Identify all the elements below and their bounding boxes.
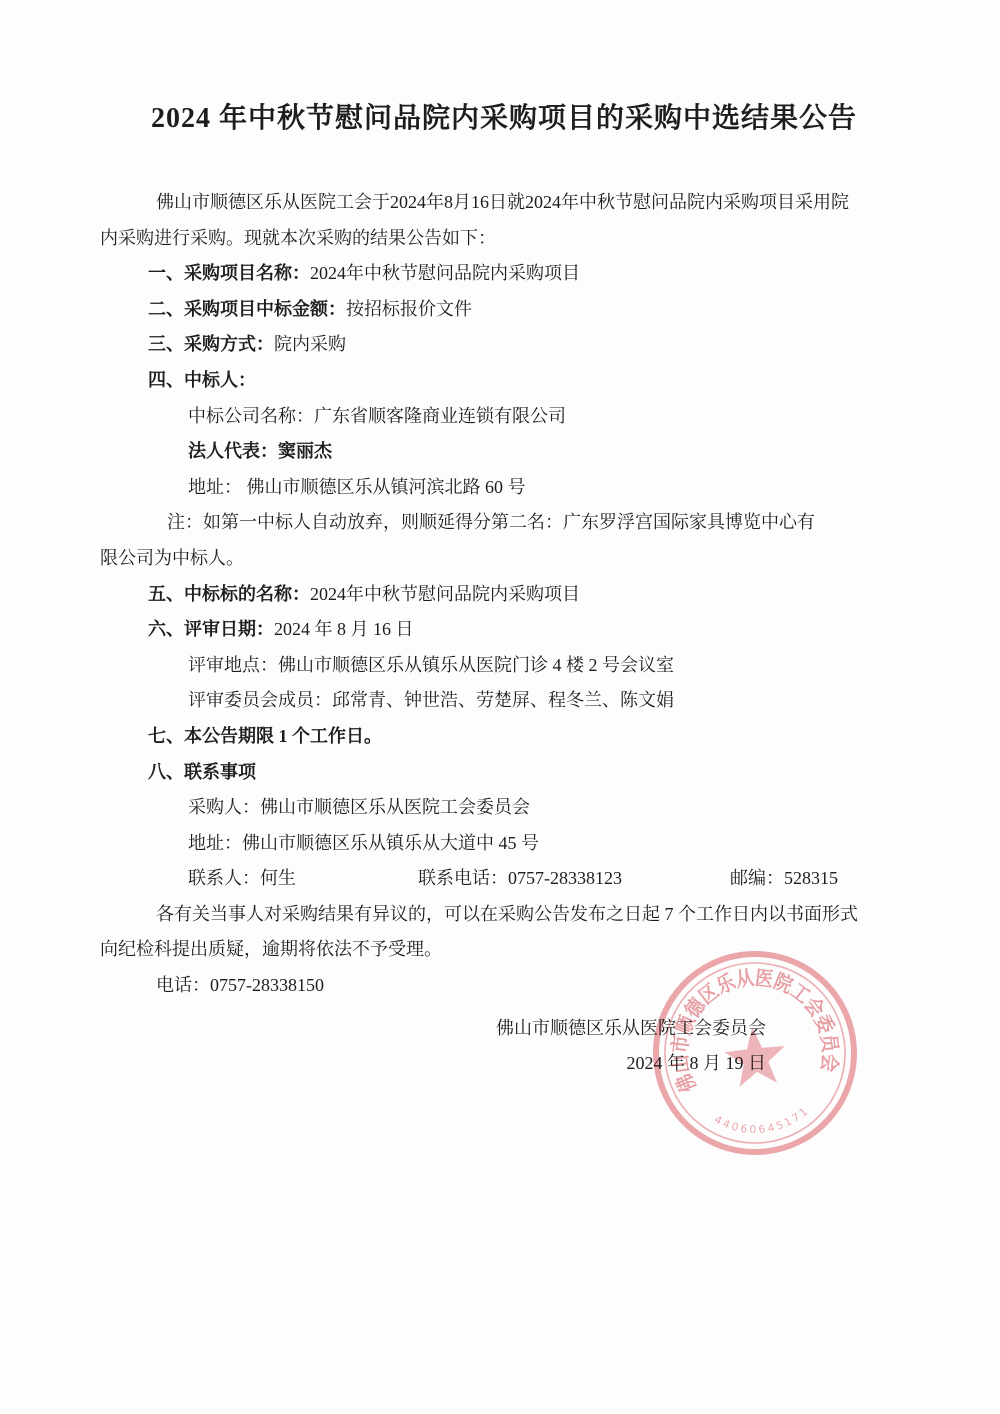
winner-address-line: 地址： 佛山市顺德区乐从镇河滨北路 60 号	[100, 470, 908, 506]
item-review-date-label: 六、评审日期：	[148, 619, 274, 639]
winner-company-value: 广东省顺客隆商业连锁有限公司	[314, 406, 566, 426]
item-award-amount-label: 二、采购项目中标金额：	[148, 299, 346, 319]
winner-legal-value: 窦丽杰	[278, 441, 332, 461]
contact-row: 联系人：何生联系电话：0757-28338123邮编：528315	[100, 861, 908, 897]
item-procurement-method: 三、采购方式：院内采购	[100, 327, 908, 363]
postcode-value: 528315	[784, 868, 838, 888]
winner-note: 注：如第一中标人自动放弃，则顺延得分第二名：广东罗浮宫国际家具博览中心有限公司为…	[100, 505, 822, 576]
review-committee-value: 邱常青、钟世浩、劳楚屏、程冬兰、陈文娟	[332, 690, 674, 710]
review-venue-label: 评审地点：	[188, 655, 278, 675]
item-notice-period: 七、本公告期限 1 个工作日。	[100, 719, 908, 755]
item-procurement-method-value: 院内采购	[274, 334, 346, 354]
item-project-name-value: 2024年中秋节慰问品院内采购项目	[310, 263, 580, 283]
winner-legal-line: 法人代表：窦丽杰	[100, 434, 908, 470]
contact-phone-cell: 联系电话：0757-28338123	[418, 861, 730, 897]
contact-person-label: 联系人：	[188, 868, 260, 888]
postcode-cell: 邮编：528315	[730, 868, 838, 888]
item-winner-heading: 四、中标人：	[100, 363, 908, 399]
item-contact-heading-label: 八、联系事项	[148, 762, 256, 782]
contact-person-cell: 联系人：何生	[188, 861, 418, 897]
item-subject-name-value: 2024年中秋节慰问品院内采购项目	[310, 584, 580, 604]
buyer-label: 采购人：	[188, 797, 260, 817]
tel-line: 电话：0757-28338150	[100, 968, 908, 1004]
item-subject-name: 五、中标标的名称：2024年中秋节慰问品院内采购项目	[100, 577, 908, 613]
item-review-date: 六、评审日期：2024 年 8 月 16 日	[100, 612, 908, 648]
contact-phone-value: 0757-28338123	[508, 868, 622, 888]
winner-address-label: 地址：	[188, 477, 242, 497]
buyer-address-label: 地址：	[188, 833, 242, 853]
seal-serial-number: 44060645171	[711, 1104, 814, 1141]
signature-date: 2024 年 8 月 19 日	[100, 1046, 908, 1082]
item-project-name-label: 一、采购项目名称：	[148, 263, 310, 283]
buyer-value: 佛山市顺德区乐从医院工会委员会	[260, 797, 530, 817]
tel-label: 电话：	[156, 975, 210, 995]
item-procurement-method-label: 三、采购方式：	[148, 334, 274, 354]
review-venue-value: 佛山市顺德区乐从镇乐从医院门诊 4 楼 2 号会议室	[278, 655, 674, 675]
objection-paragraph: 各有关当事人对采购结果有异议的，可以在采购公告发布之日起 7 个工作日内以书面形…	[100, 897, 868, 968]
review-venue-line: 评审地点：佛山市顺德区乐从镇乐从医院门诊 4 楼 2 号会议室	[100, 648, 908, 684]
postcode-label: 邮编：	[730, 868, 784, 888]
item-award-amount: 二、采购项目中标金额：按招标报价文件	[100, 292, 908, 328]
winner-company-line: 中标公司名称：广东省顺客隆商业连锁有限公司	[100, 399, 908, 435]
item-contact-heading: 八、联系事项	[100, 755, 908, 791]
item-review-date-value: 2024 年 8 月 16 日	[274, 619, 414, 639]
announcement-page: 2024 年中秋节慰问品院内采购项目的采购中选结果公告 佛山市顺德区乐从医院工会…	[0, 0, 1000, 1414]
item-project-name: 一、采购项目名称：2024年中秋节慰问品院内采购项目	[100, 256, 908, 292]
contact-phone-label: 联系电话：	[418, 868, 508, 888]
intro-paragraph: 佛山市顺德区乐从医院工会于2024年8月16日就2024年中秋节慰问品院内采购项…	[100, 185, 862, 256]
winner-legal-label: 法人代表：	[188, 441, 278, 461]
page-title: 2024 年中秋节慰问品院内采购项目的采购中选结果公告	[100, 98, 908, 140]
item-subject-name-label: 五、中标标的名称：	[148, 584, 310, 604]
item-award-amount-value: 按招标报价文件	[346, 299, 472, 319]
tel-value: 0757-28338150	[210, 975, 324, 995]
item-winner-heading-label: 四、中标人：	[148, 370, 256, 390]
item-notice-period-label: 七、本公告期限 1 个工作日。	[148, 726, 382, 746]
review-committee-line: 评审委员会成员：邱常青、钟世浩、劳楚屏、程冬兰、陈文娟	[100, 683, 908, 719]
winner-company-label: 中标公司名称：	[188, 406, 314, 426]
contact-person-value: 何生	[260, 868, 296, 888]
signature-org: 佛山市顺德区乐从医院工会委员会	[100, 1011, 908, 1047]
winner-address-value: 佛山市顺德区乐从镇河滨北路 60 号	[247, 477, 526, 497]
buyer-line: 采购人：佛山市顺德区乐从医院工会委员会	[100, 790, 908, 826]
review-committee-label: 评审委员会成员：	[188, 690, 332, 710]
buyer-address-value: 佛山市顺德区乐从镇乐从大道中 45 号	[242, 833, 539, 853]
buyer-address-line: 地址：佛山市顺德区乐从镇乐从大道中 45 号	[100, 826, 908, 862]
